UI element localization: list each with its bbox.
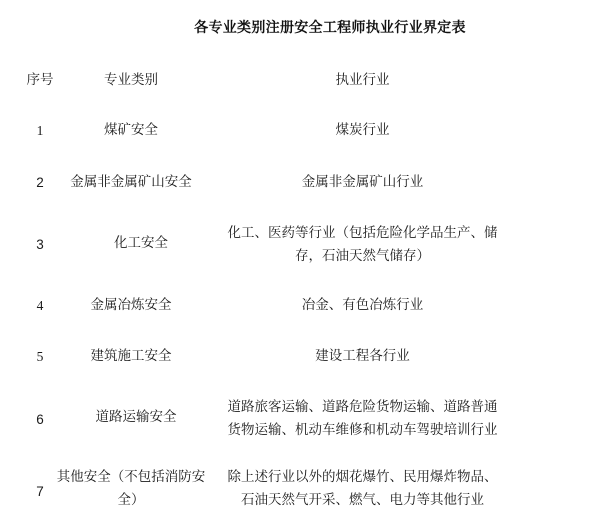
document-title: 各专业类别注册安全工程师执业行业界定表 — [0, 17, 600, 37]
row-industry: 煤炭行业 — [210, 119, 515, 142]
row-industry: 建设工程各行业 — [210, 345, 515, 368]
row-category: 金属非金属矿山安全 — [60, 171, 202, 194]
row-industry-line-2: 存，石油天然气储存） — [210, 245, 515, 268]
row-index: 4 — [20, 294, 60, 317]
row-category: 建筑施工安全 — [60, 345, 202, 368]
header-category: 专业类别 — [60, 69, 202, 92]
row-index: 6 — [20, 408, 60, 431]
row-industry-line-1: 化工、医药等行业（包括危险化学品生产、储 — [210, 222, 515, 245]
row-industry-line-2: 货物运输、机动车维修和机动车驾驶培训行业 — [210, 419, 515, 442]
row-industry: 金属非金属矿山行业 — [210, 171, 515, 194]
header-industry: 执业行业 — [210, 69, 515, 92]
row-category: 煤矿安全 — [60, 119, 202, 142]
row-index: 5 — [20, 345, 60, 368]
row-category-line-2: 全） — [50, 489, 212, 512]
header-index: 序号 — [20, 69, 60, 92]
row-index: 3 — [20, 233, 60, 256]
row-category: 道路运输安全 — [65, 406, 207, 429]
row-category: 金属冶炼安全 — [60, 294, 202, 317]
row-category: 化工安全 — [70, 232, 212, 255]
row-index: 1 — [20, 119, 60, 142]
row-category-line-1: 其他安全（不包括消防安 — [50, 466, 212, 489]
row-industry-line-1: 除上述行业以外的烟花爆竹、民用爆炸物品、 — [210, 466, 515, 489]
row-industry-line-2: 石油天然气开采、燃气、电力等其他行业 — [210, 489, 515, 512]
row-index: 2 — [20, 171, 60, 194]
row-industry-line-1: 道路旅客运输、道路危险货物运输、道路普通 — [210, 396, 515, 419]
row-industry: 冶金、有色冶炼行业 — [210, 294, 515, 317]
